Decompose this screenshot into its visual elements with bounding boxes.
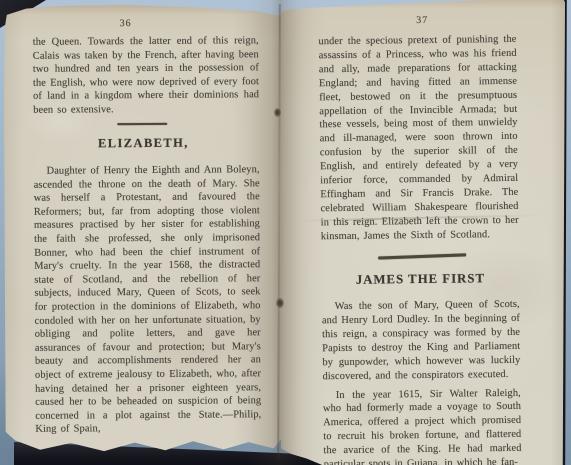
page-left-content: 36 the Queen. Towards the latter end of … bbox=[2, 4, 283, 453]
page-number-right: 37 bbox=[323, 14, 521, 27]
right-continuation-paragraph: under the specious pretext of punishing … bbox=[318, 33, 519, 244]
james-paragraph-1: Was the son of Mary, Queen of Scots, and… bbox=[322, 298, 521, 384]
right-section-divider-rule bbox=[378, 253, 466, 259]
page-right: 37 under the specious pretext of punishi… bbox=[281, 0, 565, 465]
james-paragraph-2: In the year 1615, Sir Walter Raleigh, wh… bbox=[323, 386, 522, 465]
elizabeth-paragraph: Daughter of Henry the Eighth and Ann Bol… bbox=[34, 163, 262, 436]
page-left: 36 the Queen. Towards the latter end of … bbox=[4, 5, 282, 452]
james-section-heading: JAMES THE FIRST bbox=[321, 271, 519, 288]
elizabeth-section-heading: ELIZABETH, bbox=[30, 135, 256, 152]
page-number-left: 36 bbox=[13, 17, 239, 30]
left-section-divider-rule bbox=[117, 122, 167, 125]
book-photo: 36 the Queen. Towards the latter end of … bbox=[0, 0, 571, 465]
left-continuation-paragraph: the Queen. Towards the latter end of thi… bbox=[33, 34, 260, 117]
page-right-content: 37 under the specious pretext of punishi… bbox=[281, 0, 571, 465]
